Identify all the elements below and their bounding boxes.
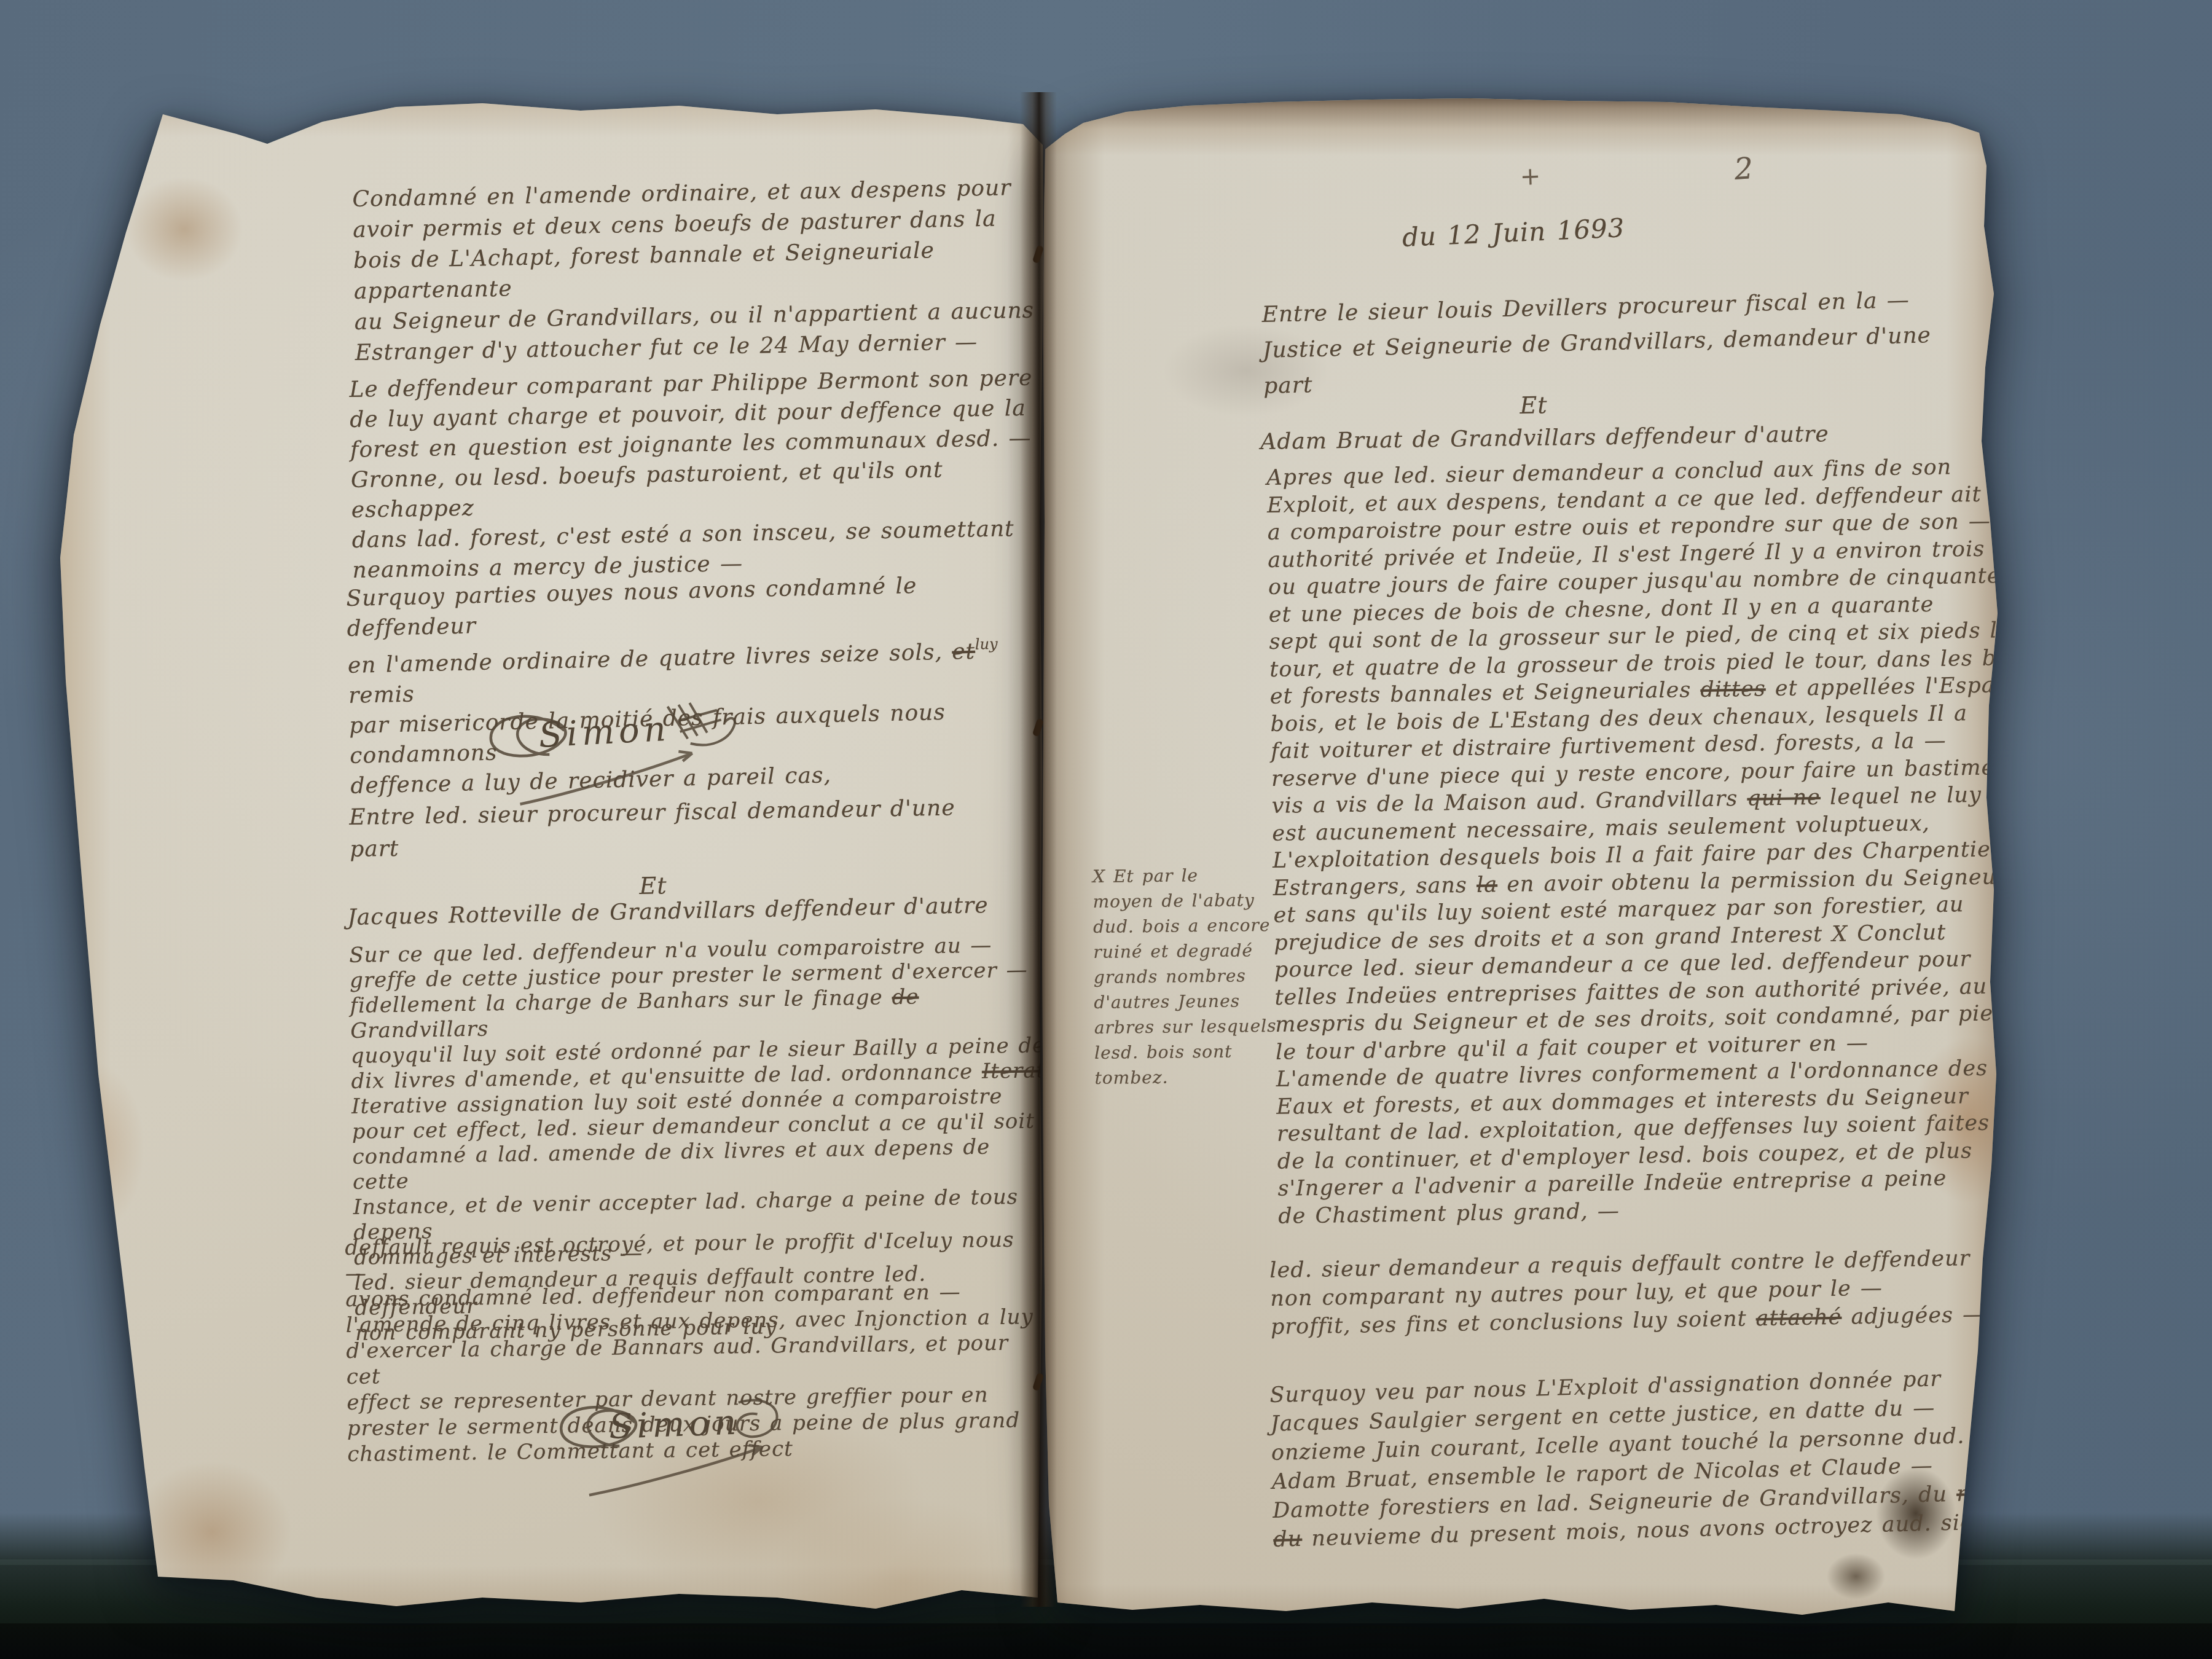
rp-main-text: en avoir obtenu la permission du Seigneu… xyxy=(1273,865,2008,1229)
rp-para-plaintiff: Entre le sieur louis Devillers procureur… xyxy=(1261,282,1932,404)
lp-para-defendant-name: Jacques Rotteville de Grandvillars deffe… xyxy=(347,891,989,933)
rp-et-separator: Et xyxy=(1520,390,1548,420)
rp-cross-mark: + xyxy=(1520,162,1542,192)
strikethrough-text: du xyxy=(1273,1527,1303,1552)
stitch-mark xyxy=(1032,245,1044,264)
rp-para-ruling-text xyxy=(2010,1481,2010,1505)
lp-para-sentence-text: Surquoy parties ouyes nous avons condamn… xyxy=(346,573,952,678)
lp-signature-1-name: Simon xyxy=(538,709,671,756)
lp-para-defense: Le deffendeur comparant par Philippe Ber… xyxy=(349,363,1048,586)
rp-para-main-complaint: Apres que led. sieur demandeur a conclud… xyxy=(1266,453,2038,1230)
binding-gutter xyxy=(1020,92,1057,1607)
rp-para-default-text: adjugées — xyxy=(1841,1303,1985,1330)
signature-flourish-icon xyxy=(535,1384,828,1510)
stitch-mark xyxy=(1032,718,1044,737)
lp-signature-1: Simon xyxy=(538,709,671,756)
rp-page-number: 2 xyxy=(1733,154,1755,184)
rp-para-default-request: led. sieur demandeur a requis deffault c… xyxy=(1269,1244,1985,1341)
lp-para-condemnation: Condamné en l'amende ordinaire, et aux d… xyxy=(352,172,1048,369)
strikethrough-text: attaché xyxy=(1755,1305,1841,1331)
right-page-paper: + 2 du 12 Juin 1693 Entre le sieur louis… xyxy=(1040,91,2026,1630)
lp-signature-2-name: Simon xyxy=(608,1403,741,1447)
rp-main-text: Apres que led. sieur demandeur a conclud… xyxy=(1266,455,2030,708)
strikethrough-text: et xyxy=(952,639,976,665)
left-page: Condamné en l'amende ordinaire, et aux d… xyxy=(52,91,1045,1618)
manuscript-photo: Condamné en l'amende ordinaire, et aux d… xyxy=(0,0,2212,1659)
strikethrough-text: la xyxy=(1477,873,1498,898)
lp-signature-2: Simon xyxy=(608,1403,741,1447)
right-page: + 2 du 12 Juin 1693 Entre le sieur louis… xyxy=(1040,91,2026,1630)
strikethrough-text: dittes xyxy=(1700,677,1766,702)
rp-para-ruling: Surquoy veu par nous L'Exploit d'assigna… xyxy=(1269,1363,2011,1555)
strikethrough-text: qui ne xyxy=(1747,785,1821,811)
strikethrough-text: de xyxy=(892,984,919,1010)
rp-margin-note: X Et par le moyen de l'abaty dud. bois a… xyxy=(1092,862,1279,1091)
stitch-mark xyxy=(1032,1373,1044,1391)
lp-et-separator: Et xyxy=(639,871,667,901)
rp-date-heading: du 12 Juin 1693 xyxy=(1402,213,1625,253)
interlinear-insertion: luy xyxy=(975,635,997,653)
rp-para-ruling-text: Surquoy veu par nous L'Exploit d'assigna… xyxy=(1269,1367,1965,1523)
lp-para-entre: Entre led. sieur procureur fiscal demand… xyxy=(349,793,956,866)
strikethrough-text: mois xyxy=(1956,1481,2010,1507)
rp-para-defendant: Adam Bruat de Grandvillars deffendeur d'… xyxy=(1260,420,1829,457)
left-page-paper: Condamné en l'amende ordinaire, et aux d… xyxy=(52,91,1045,1618)
